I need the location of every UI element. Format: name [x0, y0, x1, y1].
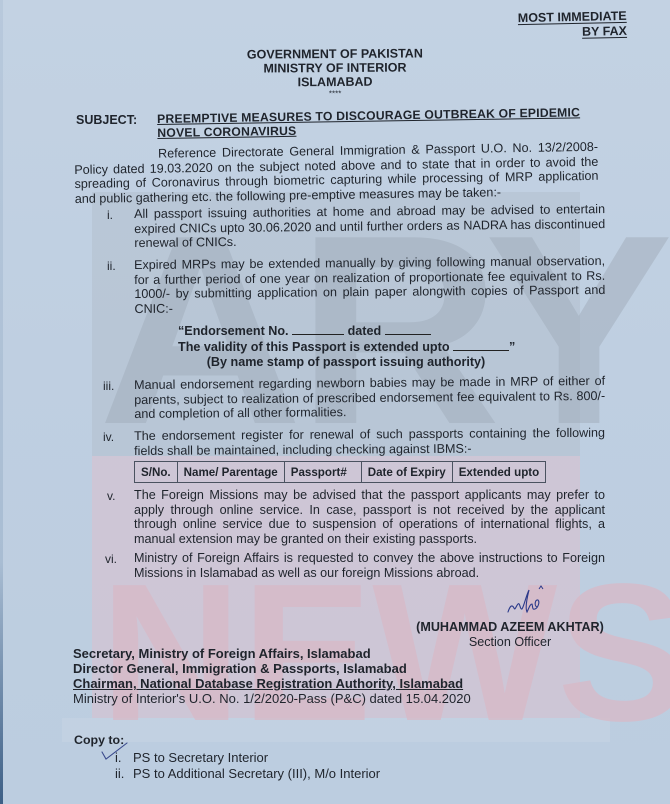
- table-header-cell: Extended upto: [452, 462, 546, 483]
- item-number: iii.: [103, 379, 114, 394]
- endorsement-line-1: “Endorsement No. dated: [178, 323, 515, 339]
- recipients-block: Secretary, Ministry of Foreign Affairs, …: [73, 646, 471, 706]
- document-page: MOST IMMEDIATE BY FAX GOVERNMENT OF PAKI…: [0, 0, 670, 804]
- copy-to-list: i.PS to Secretary Interior ii.PS to Addi…: [115, 750, 380, 782]
- table-header-cell: Passport#: [284, 462, 361, 483]
- item-text: All passport issuing authorities at home…: [134, 202, 605, 250]
- recipient: Chairman, National Database Registration…: [73, 676, 471, 691]
- recipient: Secretary, Ministry of Foreign Affairs, …: [73, 646, 471, 661]
- stamp-note: (By name stamp of passport issuing autho…: [0, 355, 670, 369]
- table-header-row: S/No. Name/ Parentage Passport# Date of …: [135, 462, 546, 483]
- endorsement-date-blank: [385, 323, 431, 335]
- recipient: Director General, Immigration & Passport…: [73, 661, 471, 676]
- item-text: The Foreign Missions may be advised that…: [134, 488, 605, 546]
- copy-to-item: ii.PS to Additional Secretary (III), M/o…: [115, 766, 380, 782]
- item-text: The endorsement register for renewal of …: [134, 426, 605, 458]
- reference-uo-line: Ministry of Interior's U.O. No. 1/2/2020…: [73, 691, 471, 706]
- priority-marking: MOST IMMEDIATE BY FAX: [518, 9, 627, 41]
- endorsement-line-2: The validity of this Passport is extende…: [178, 339, 515, 355]
- copy-to-item: i.PS to Secretary Interior: [115, 750, 380, 766]
- signature-scribble: [502, 582, 552, 618]
- item-number: i.: [107, 208, 113, 223]
- item-number: v.: [107, 489, 115, 504]
- letterhead: GOVERNMENT OF PAKISTAN MINISTRY OF INTER…: [0, 45, 670, 102]
- subject-label: SUBJECT:: [76, 113, 137, 127]
- item-text: Ministry of Foreign Affairs is requested…: [134, 551, 605, 580]
- item-text: Manual endorsement regarding newborn bab…: [134, 374, 605, 422]
- priority-by-fax: BY FAX: [582, 24, 627, 40]
- item-number: ii.: [107, 259, 116, 274]
- item-text: Expired MRPs may be extended manually by…: [134, 254, 605, 316]
- register-fields-table: S/No. Name/ Parentage Passport# Date of …: [134, 461, 546, 483]
- extended-upto-blank: [453, 339, 509, 351]
- intro-paragraph: Reference Directorate General Immigratio…: [74, 140, 599, 206]
- subject-title: PREEMPTIVE MEASURES TO DISCOURAGE OUTBRE…: [157, 105, 599, 140]
- item-number: vi.: [105, 552, 117, 567]
- item-number: iv.: [103, 430, 114, 445]
- signatory-name: (MUHAMMAD AZEEM AKHTAR): [404, 620, 616, 635]
- endorsement-template: “Endorsement No. dated The validity of t…: [178, 323, 515, 354]
- table-header-cell: S/No.: [135, 462, 178, 483]
- table-header-cell: Name/ Parentage: [177, 462, 284, 483]
- endorsement-number-blank: [292, 323, 344, 335]
- table-header-cell: Date of Expiry: [361, 462, 452, 483]
